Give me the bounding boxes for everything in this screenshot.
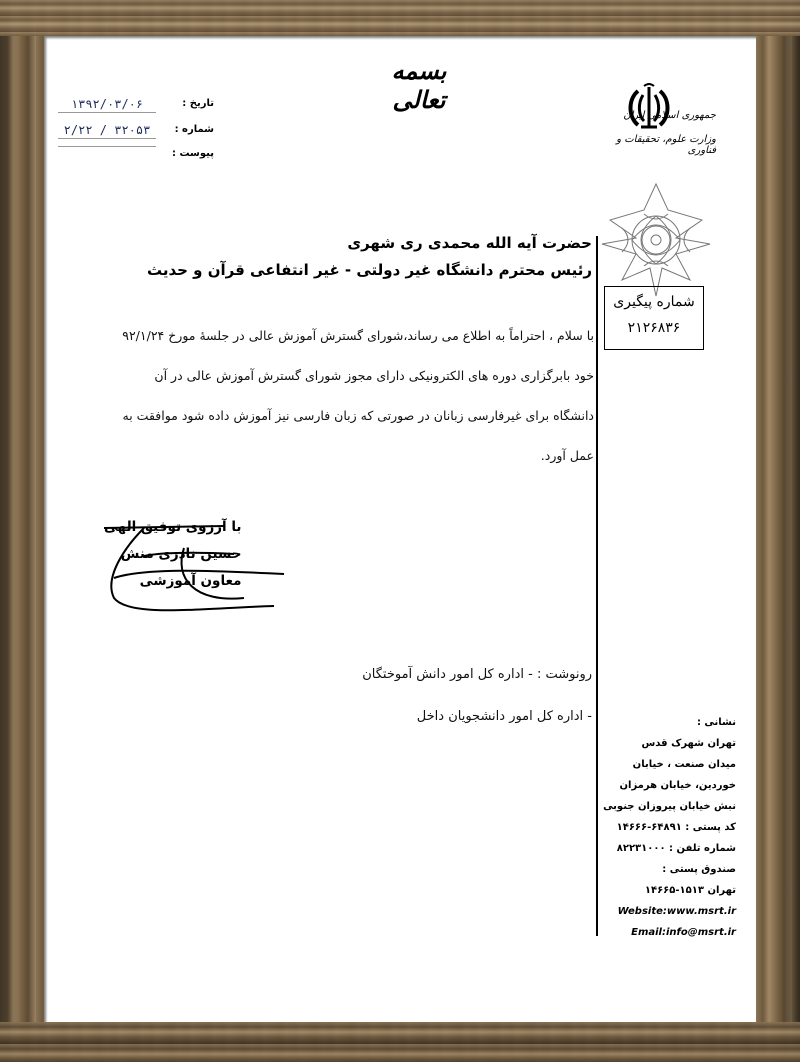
cc-block: رونوشت : - اداره کل امور دانش آموختگان -… xyxy=(362,654,592,738)
cc-line-1: رونوشت : - اداره کل امور دانش آموختگان xyxy=(362,654,592,696)
tracking-label: شماره پیگیری xyxy=(605,291,703,313)
date-value: ۱۳۹۲/۰۳/۰۶ xyxy=(58,96,156,113)
number-field: شماره : ۲/۲۲ / ۳۲۰۵۳ xyxy=(54,122,214,140)
website-link[interactable]: Website:www.msrt.ir xyxy=(576,901,736,922)
address-pobox: تهران ۱۵۱۳-۱۴۶۶۵ xyxy=(576,880,736,901)
addressee-title: رئیس محترم دانشگاه غیر دولتی - غیر انتفا… xyxy=(147,257,592,284)
cc-item: - اداره کل امور دانشجویان داخل xyxy=(417,709,592,724)
address-line: خوردین، خیابان هرمزان xyxy=(576,775,736,796)
address-heading: نشانی : xyxy=(576,712,736,733)
letter-page: بسمه تعالی تاریخ : ۱۳۹۲/۰۳/۰۶ شماره : ۲/… xyxy=(44,36,756,1022)
cc-line-2: - اداره کل امور دانشجویان داخل xyxy=(362,696,592,738)
org-line-ministry: وزارت علوم، تحقیقات و فناوری xyxy=(596,134,716,156)
attachment-field: پیوست : xyxy=(54,146,214,164)
frame-bottom-rail xyxy=(0,1022,800,1062)
addressee-name: حضرت آیه الله محمدی ری شهری xyxy=(147,230,592,257)
org-line-republic: جمهوری اسلامی ایران xyxy=(596,110,716,121)
islamic-star-ornament-icon xyxy=(598,180,714,300)
body-line: با سلام ، احتراماً به اطلاع می رساند،شور… xyxy=(84,316,594,356)
signer-title: معاون آموزشی xyxy=(104,568,242,595)
email-link[interactable]: Email:info@msrt.ir xyxy=(576,922,736,943)
signer-name: حسین نادری منش xyxy=(104,541,242,568)
body-line: عمل آورد. xyxy=(84,436,594,476)
frame-top-rail xyxy=(0,0,800,36)
tracking-value: ۲۱۲۶۸۳۶ xyxy=(605,317,703,339)
cc-label: رونوشت : xyxy=(537,667,592,682)
body-line: دانشگاه برای غیرفارسی زبانان در صورتی که… xyxy=(84,396,594,436)
number-label: شماره : xyxy=(175,124,214,135)
iran-emblem-icon xyxy=(624,72,674,142)
attachment-label: پیوست : xyxy=(172,148,214,159)
signature-block: با آرزوی توفیق الهی حسین نادری منش معاون… xyxy=(104,514,242,595)
tracking-number-box: شماره پیگیری ۲۱۲۶۸۳۶ xyxy=(604,286,704,350)
closing-line: با آرزوی توفیق الهی xyxy=(104,514,242,541)
ministry-address: نشانی : تهران شهرک قدس میدان صنعت ، خیاب… xyxy=(576,712,736,943)
addressee-block: حضرت آیه الله محمدی ری شهری رئیس محترم د… xyxy=(147,230,592,284)
address-line: نبش خیابان پیروزان جنوبی xyxy=(576,796,736,817)
address-postal-code: کد پستی : ۶۴۸۹۱-۱۴۶۶۶ xyxy=(576,817,736,838)
date-label: تاریخ : xyxy=(182,98,214,109)
cc-item: - اداره کل امور دانش آموختگان xyxy=(362,667,533,682)
bismillah-heading: بسمه تعالی xyxy=(364,56,474,114)
letter-body: با سلام ، احتراماً به اطلاع می رساند،شور… xyxy=(84,316,594,476)
address-line: میدان صنعت ، خیابان xyxy=(576,754,736,775)
date-field: تاریخ : ۱۳۹۲/۰۳/۰۶ xyxy=(54,96,214,114)
body-line: خود بابرگزاری دوره های الکترونیکی دارای … xyxy=(84,356,594,396)
attachment-value xyxy=(58,146,156,147)
number-value: ۲/۲۲ / ۳۲۰۵۳ xyxy=(58,122,156,139)
address-line: تهران شهرک قدس xyxy=(576,733,736,754)
address-pobox-label: صندوق پستی : xyxy=(576,859,736,880)
address-phone: شماره تلفن : ۸۲۲۳۱۰۰۰ xyxy=(576,838,736,859)
